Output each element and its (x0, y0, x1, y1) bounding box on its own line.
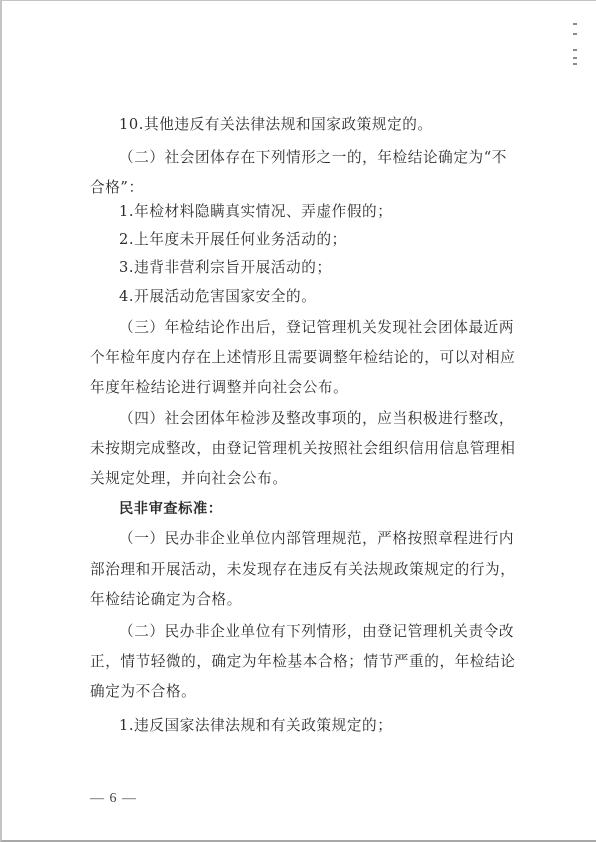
text-line: （四）社会团体年检涉及整改事项的，应当积极进行整改， (119, 409, 507, 429)
text-line: （二）民办非企业单位有下列情形，由登记管理机关责令改 (119, 622, 507, 642)
document-page: 10.其他违反有关法律法规和国家政策规定的。 （二）社会团体存在下列情形之一的，… (0, 0, 596, 842)
scan-marks (573, 19, 581, 69)
list-item: 2.上年度未开展任何业务活动的； (119, 230, 539, 250)
list-item: 1.违反国家法律法规和有关政策规定的； (119, 716, 539, 736)
text-line: （二）社会团体存在下列情形之一的，年检结论确定为“不 (119, 148, 507, 168)
text-line: 个年检年度内存在上述情形且需要调整年检结论的，可以对相应 (90, 348, 507, 368)
text-line: 未按期完成整改，由登记管理机关按照社会组织信用信息管理相 (90, 439, 507, 459)
text-line: （一）民办非企业单位内部管理规范，严格按照章程进行内 (119, 529, 507, 549)
page-number: — 6 — (90, 791, 137, 807)
list-item: 3.违背非营利宗旨开展活动的； (119, 258, 539, 278)
section-heading: 民非审查标准： (119, 499, 539, 519)
text-line: 年检结论确定为合格。 (90, 590, 510, 610)
list-item: 4.开展活动危害国家安全的。 (119, 287, 539, 307)
text-line: 确定为不合格。 (90, 682, 510, 702)
text-line: 正，情节轻微的，确定为年检基本合格；情节严重的，年检结论 (90, 652, 507, 672)
text-line: 合格”： (90, 178, 510, 198)
text-line: 年度年检结论进行调整并向社会公布。 (90, 378, 510, 398)
text-line: （三）年检结论作出后，登记管理机关发现社会团体最近两 (119, 318, 507, 338)
list-item: 1.年检材料隐瞒真实情况、弄虚作假的； (119, 202, 539, 222)
text-line: 10.其他违反有关法律法规和国家政策规定的。 (119, 115, 539, 135)
text-line: 部治理和开展活动，未发现存在违反有关法规政策规定的行为， (90, 560, 507, 580)
text-line: 关规定处理，并向社会公布。 (90, 469, 510, 489)
